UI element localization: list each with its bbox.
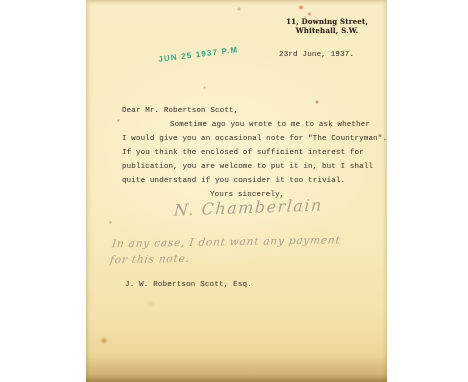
body-line: If you think the enclosed of sufficient … [122,146,372,160]
addressee-line: J. W. Robertson Scott, Esq. [125,281,252,289]
handwritten-postscript: In any case, I dont want any payment for… [109,232,373,269]
foxing-spot [100,337,108,344]
foxing-spot [109,221,112,224]
letterhead: 11, Downing Street, Whitehall, S.W. [286,17,368,35]
letter-body: Dear Mr. Robertson Scott, Sometime ago y… [122,104,372,202]
body-line: Sometime ago you wrote to me to ask whet… [122,118,372,132]
handwritten-signature: N. Chamberlain [173,195,323,219]
foxing-spot [203,86,206,89]
foxing-spot [237,7,241,11]
foxing-spot [298,5,304,10]
foxing-spot [117,119,120,122]
body-line: publication, you are welcome to put it i… [122,160,372,174]
foxing-spot [146,300,156,308]
received-date-stamp: JUN 25 1937 P.M [158,45,239,64]
letterhead-address-line2: Whitehall, S.W. [286,26,368,35]
salutation: Dear Mr. Robertson Scott, [122,104,372,118]
letter-paper: 11, Downing Street, Whitehall, S.W. JUN … [86,0,387,382]
postscript-line: for this note. [109,248,371,269]
body-line: quite understand if you consider it too … [122,174,372,188]
scan-background: 11, Downing Street, Whitehall, S.W. JUN … [0,0,468,382]
body-line: I would give you an occasional note for … [122,132,372,146]
letterhead-address-line1: 11, Downing Street, [286,17,368,26]
letter-date: 23rd June, 1937. [279,51,354,59]
foxing-spot [307,12,312,16]
